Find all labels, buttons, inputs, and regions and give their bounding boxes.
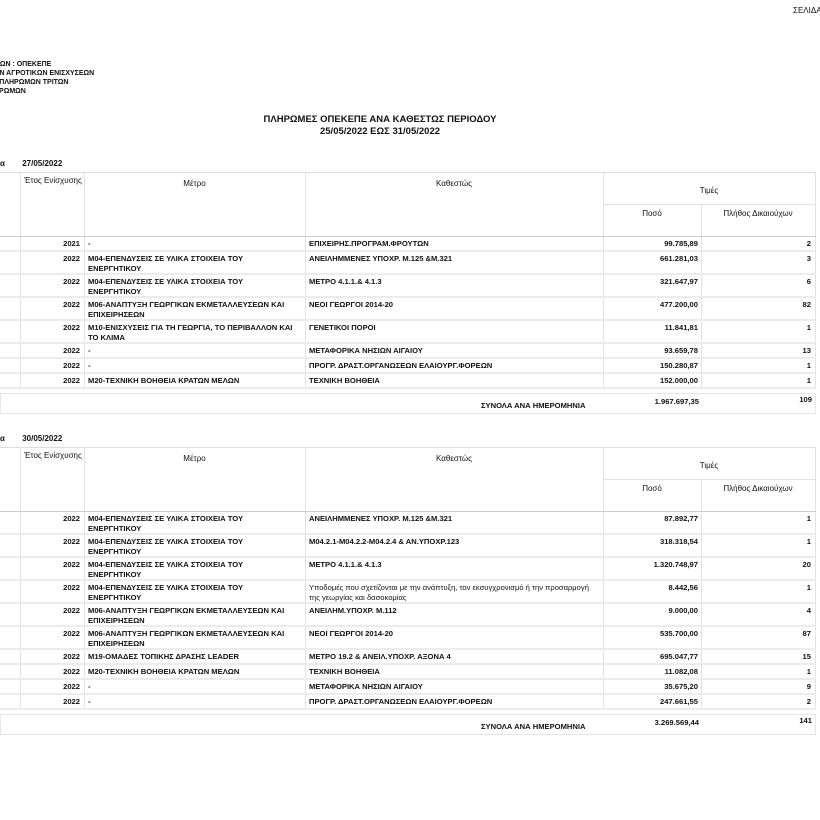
cell-measure: M04-ΕΠΕΝΔΥΣΕΙΣ ΣΕ ΥΛΙΚΑ ΣΤΟΙΧΕΙΑ ΤΟΥ ΕΝΕ… — [88, 537, 298, 557]
cell-count: 1 — [704, 376, 811, 386]
column-divider — [701, 627, 702, 648]
column-divider — [84, 275, 85, 296]
column-divider — [305, 665, 306, 678]
column-divider — [305, 680, 306, 693]
column-divider — [603, 665, 604, 678]
column-divider — [84, 321, 85, 342]
table-row: 2022M04-ΕΠΕΝΔΥΣΕΙΣ ΣΕ ΥΛΙΚΑ ΣΤΟΙΧΕΙΑ ΤΟΥ… — [0, 252, 816, 275]
cell-status: Υποδομές που σχετίζονται με την ανάπτυξη… — [309, 583, 601, 603]
column-divider — [305, 581, 306, 602]
column-header-year: Έτος Ενίσχυσης — [22, 451, 84, 460]
org-line: ΗΡΩΜΩΝ — [0, 87, 94, 96]
column-divider — [815, 344, 816, 357]
cell-amount: 321.647,97 — [605, 277, 698, 287]
column-divider — [815, 627, 816, 648]
column-divider — [815, 298, 816, 319]
column-divider — [701, 275, 702, 296]
cell-amount: 477.200,00 — [605, 300, 698, 310]
cell-count: 3 — [704, 254, 811, 264]
column-divider — [305, 535, 306, 556]
totals-label: ΣΥΝΟΛΑ ΑΝΑ ΗΜΕΡΟΜΗΝΙΑ — [481, 401, 585, 410]
totals-count: 109 — [705, 395, 812, 404]
cell-year: 2022 — [22, 606, 80, 616]
table-row: 2022M04-ΕΠΕΝΔΥΣΕΙΣ ΣΕ ΥΛΙΚΑ ΣΤΟΙΧΕΙΑ ΤΟΥ… — [0, 581, 816, 604]
cell-count: 1 — [704, 537, 811, 547]
column-divider — [603, 627, 604, 648]
table-row: 2022M04-ΕΠΕΝΔΥΣΕΙΣ ΣΕ ΥΛΙΚΑ ΣΤΟΙΧΕΙΑ ΤΟΥ… — [0, 275, 816, 298]
column-divider — [815, 558, 816, 579]
totals-count: 141 — [705, 716, 812, 725]
page-label: ΣΕΛΙΔΑ — [793, 6, 820, 15]
column-divider — [20, 650, 21, 663]
column-divider — [84, 650, 85, 663]
totals-amount: 3.269.569,44 — [606, 718, 699, 727]
cell-amount: 152.000,00 — [605, 376, 698, 386]
cell-count: 15 — [704, 652, 811, 662]
cell-year: 2022 — [22, 682, 80, 692]
org-line: ΟΝ ΑΓΡΟΤΙΚΩΝ ΕΝΙΣΧΥΣΕΩΝ — [0, 69, 94, 78]
cell-measure: - — [88, 697, 298, 707]
column-divider — [701, 252, 702, 273]
table-row: 2022M04-ΕΠΕΝΔΥΣΕΙΣ ΣΕ ΥΛΙΚΑ ΣΤΟΙΧΕΙΑ ΤΟΥ… — [0, 558, 816, 581]
cell-year: 2022 — [22, 537, 80, 547]
cell-measure: M04-ΕΠΕΝΔΥΣΕΙΣ ΣΕ ΥΛΙΚΑ ΣΤΟΙΧΕΙΑ ΤΟΥ ΕΝΕ… — [88, 583, 298, 603]
cell-status: ΑΝΕΙΛΗΜ.ΥΠΟΧΡ. Μ.112 — [309, 606, 601, 616]
cell-measure: M10-ΕΝΙΣΧΥΣΕΙΣ ΓΙΑ ΤΗ ΓΕΩΡΓΙΑ, ΤΟ ΠΕΡΙΒΑ… — [88, 323, 298, 343]
column-divider — [701, 581, 702, 602]
cell-measure: - — [88, 346, 298, 356]
cell-count: 13 — [704, 346, 811, 356]
date-totals-row: ΣΥΝΟΛΑ ΑΝΑ ΗΜΕΡΟΜΗΝΙΑ1.967.697,35109 — [0, 393, 816, 414]
column-divider — [84, 298, 85, 319]
cell-amount: 661.281,03 — [605, 254, 698, 264]
cell-status: ΕΠΙΧΕΙΡΗΣ.ΠΡΟΓΡΑΜ.ΦΡΟΥΤΩΝ — [309, 239, 601, 249]
cell-status: ΜΕΤΡΟ 4.1.1.& 4.1.3 — [309, 560, 601, 570]
cell-year: 2022 — [22, 583, 80, 593]
cell-count: 2 — [704, 239, 811, 249]
cell-count: 1 — [704, 583, 811, 593]
cell-status: ΠΡΟΓΡ. ΔΡΑΣΤ.ΟΡΓΑΝΩΣΕΩΝ ΕΛΑΙΟΥΡΓ.ΦΟΡΕΩΝ — [309, 361, 601, 371]
cell-amount: 9.000,00 — [605, 606, 698, 616]
cell-count: 1 — [704, 361, 811, 371]
column-divider — [603, 535, 604, 556]
cell-amount: 247.661,55 — [605, 697, 698, 707]
cell-status: ΓΕΝΕΤΙΚΟΙ ΠΟΡΟΙ — [309, 323, 601, 333]
column-divider — [84, 695, 85, 708]
column-divider — [84, 558, 85, 579]
cell-measure: M06-ΑΝΑΠΤΥΞΗ ΓΕΩΡΓΙΚΩΝ ΕΚΜΕΤΑΛΛΕΥΣΕΩΝ ΚΑ… — [88, 606, 298, 626]
column-divider — [84, 237, 85, 250]
column-divider — [815, 173, 816, 236]
column-divider — [603, 344, 604, 357]
cell-count: 2 — [704, 697, 811, 707]
column-divider — [84, 535, 85, 556]
column-divider — [305, 252, 306, 273]
cell-amount: 535.700,00 — [605, 629, 698, 639]
column-divider — [701, 680, 702, 693]
column-divider — [701, 604, 702, 625]
column-divider — [305, 344, 306, 357]
column-header-status: Καθεστώς — [305, 179, 603, 188]
column-divider — [815, 321, 816, 342]
cell-count: 1 — [704, 667, 811, 677]
column-divider — [701, 558, 702, 579]
column-divider — [603, 275, 604, 296]
column-divider — [701, 650, 702, 663]
column-divider — [20, 448, 21, 511]
cell-measure: M04-ΕΠΕΝΔΥΣΕΙΣ ΣΕ ΥΛΙΚΑ ΣΤΟΙΧΕΙΑ ΤΟΥ ΕΝΕ… — [88, 514, 298, 534]
cell-status: ΑΝΕΙΛΗΜΜΕΝΕΣ ΥΠΟΧΡ. Μ.125 &Μ.321 — [309, 254, 601, 264]
cell-measure: M19-ΟΜΑΔΕΣ ΤΟΠΙΚΗΣ ΔΡΑΣΗΣ LEADER — [88, 652, 298, 662]
column-divider — [815, 374, 816, 387]
cell-status: ΜΕΤΡΟ 19.2 & ΑΝΕΙΛ.ΥΠΟΧΡ. ΑΞΟΝΑ 4 — [309, 652, 601, 662]
column-divider — [84, 680, 85, 693]
column-divider — [84, 665, 85, 678]
column-divider — [20, 512, 21, 533]
cell-count: 4 — [704, 606, 811, 616]
table-row: 2022M10-ΕΝΙΣΧΥΣΕΙΣ ΓΙΑ ΤΗ ΓΕΩΡΓΙΑ, ΤΟ ΠΕ… — [0, 321, 816, 344]
cell-year: 2022 — [22, 346, 80, 356]
cell-year: 2022 — [22, 667, 80, 677]
table-row: 2022M20-ΤΕΧΝΙΚΗ ΒΟΗΘΕΙΑ ΚΡΑΤΩΝ ΜΕΛΩΝΤΕΧΝ… — [0, 665, 816, 680]
column-divider — [305, 237, 306, 250]
cell-year: 2022 — [22, 652, 80, 662]
column-divider — [20, 665, 21, 678]
cell-amount: 150.280,87 — [605, 361, 698, 371]
column-divider — [603, 650, 604, 663]
column-divider — [84, 374, 85, 387]
column-divider — [84, 344, 85, 357]
column-divider — [603, 604, 604, 625]
column-divider — [815, 604, 816, 625]
column-divider — [20, 680, 21, 693]
cell-measure: - — [88, 361, 298, 371]
cell-status: ΤΕΧΝΙΚΗ ΒΟΗΘΕΙΑ — [309, 667, 601, 677]
section-date-label: α — [0, 159, 20, 168]
column-divider — [701, 344, 702, 357]
cell-amount: 695.047,77 — [605, 652, 698, 662]
column-divider — [815, 650, 816, 663]
column-header-values: Τιμές — [603, 461, 815, 470]
column-divider — [305, 374, 306, 387]
column-divider — [603, 581, 604, 602]
cell-measure: - — [88, 682, 298, 692]
column-divider — [603, 252, 604, 273]
table-row: 2022M06-ΑΝΑΠΤΥΞΗ ΓΕΩΡΓΙΚΩΝ ΕΚΜΕΤΑΛΛΕΥΣΕΩ… — [0, 298, 816, 321]
column-divider — [815, 665, 816, 678]
column-divider — [84, 581, 85, 602]
cell-amount: 8.442,56 — [605, 583, 698, 593]
section-date-value: 30/05/2022 — [22, 434, 62, 443]
cell-year: 2022 — [22, 277, 80, 287]
column-divider — [815, 695, 816, 708]
column-divider — [603, 359, 604, 372]
totals-amount: 1.967.697,35 — [606, 397, 699, 406]
column-divider — [701, 535, 702, 556]
organization-header: ΜΩΝ : ΟΠΕΚΕΠΕ ΟΝ ΑΓΡΟΤΙΚΩΝ ΕΝΙΣΧΥΣΕΩΝ Ί … — [0, 60, 94, 96]
cell-amount: 11.082,08 — [605, 667, 698, 677]
cell-amount: 99.785,89 — [605, 239, 698, 249]
table-header: Έτος ΕνίσχυσηςΜέτροΚαθεστώςΤιμέςΠοσόΠλήθ… — [0, 172, 816, 237]
column-divider — [84, 604, 85, 625]
cell-amount: 87.892,77 — [605, 514, 698, 524]
column-divider — [701, 359, 702, 372]
column-divider — [305, 604, 306, 625]
cell-status: ΜΕΤΑΦΟΡΙΚΑ ΝΗΣΙΩΝ ΑΙΓΑΙΟΥ — [309, 346, 601, 356]
cell-year: 2021 — [22, 239, 80, 249]
section-date-value: 27/05/2022 — [22, 159, 62, 168]
org-line: Ί ΠΛΗΡΩΜΩΝ ΤΡΙΤΩΝ — [0, 78, 94, 87]
cell-status: ΝΕΟΙ ΓΕΩΡΓΟΙ 2014-20 — [309, 629, 601, 639]
column-divider — [305, 627, 306, 648]
column-divider — [603, 695, 604, 708]
column-divider — [20, 173, 21, 236]
column-divider — [815, 252, 816, 273]
column-divider — [20, 275, 21, 296]
table-header: Έτος ΕνίσχυσηςΜέτροΚαθεστώςΤιμέςΠοσόΠλήθ… — [0, 447, 816, 512]
column-divider — [701, 298, 702, 319]
column-divider — [20, 558, 21, 579]
cell-amount: 1.320.748,97 — [605, 560, 698, 570]
column-divider — [305, 359, 306, 372]
cell-measure: M04-ΕΠΕΝΔΥΣΕΙΣ ΣΕ ΥΛΙΚΑ ΣΤΟΙΧΕΙΑ ΤΟΥ ΕΝΕ… — [88, 254, 298, 274]
column-divider — [305, 512, 306, 533]
section-date: α 27/05/2022 — [0, 159, 62, 168]
table-row: 2022M19-ΟΜΑΔΕΣ ΤΟΠΙΚΗΣ ΔΡΑΣΗΣ LEADERΜΕΤΡ… — [0, 650, 816, 665]
column-divider — [701, 237, 702, 250]
section-date-label: α — [0, 434, 20, 443]
cell-count: 1 — [704, 323, 811, 333]
section-date: α 30/05/2022 — [0, 434, 62, 443]
column-divider — [603, 680, 604, 693]
column-divider — [305, 275, 306, 296]
cell-year: 2022 — [22, 323, 80, 333]
cell-count: 1 — [704, 514, 811, 524]
column-divider — [20, 581, 21, 602]
cell-year: 2022 — [22, 514, 80, 524]
table-row: 2022M04-ΕΠΕΝΔΥΣΕΙΣ ΣΕ ΥΛΙΚΑ ΣΤΟΙΧΕΙΑ ΤΟΥ… — [0, 535, 816, 558]
cell-status: Μ04.2.1-Μ04.2.2-Μ04.2.4 & ΑΝ.ΥΠΟΧΡ.123 — [309, 537, 601, 547]
cell-measure: M06-ΑΝΑΠΤΥΞΗ ΓΕΩΡΓΙΚΩΝ ΕΚΜΕΤΑΛΛΕΥΣΕΩΝ ΚΑ… — [88, 629, 298, 649]
column-divider — [20, 359, 21, 372]
column-divider — [815, 237, 816, 250]
table-row: 2022-ΜΕΤΑΦΟΡΙΚΑ ΝΗΣΙΩΝ ΑΙΓΑΙΟΥ93.659,781… — [0, 344, 816, 359]
column-divider — [815, 512, 816, 533]
cell-amount: 318.318,54 — [605, 537, 698, 547]
column-divider — [603, 298, 604, 319]
table-row: 2022-ΠΡΟΓΡ. ΔΡΑΣΤ.ΟΡΓΑΝΩΣΕΩΝ ΕΛΑΙΟΥΡΓ.ΦΟ… — [0, 359, 816, 374]
column-divider — [701, 374, 702, 387]
column-divider — [815, 275, 816, 296]
cell-year: 2022 — [22, 560, 80, 570]
cell-count: 20 — [704, 560, 811, 570]
column-divider — [20, 252, 21, 273]
table-row: 2021-ΕΠΙΧΕΙΡΗΣ.ΠΡΟΓΡΑΜ.ΦΡΟΥΤΩΝ99.785,892 — [0, 237, 816, 252]
cell-amount: 35.675,20 — [605, 682, 698, 692]
cell-measure: M06-ΑΝΑΠΤΥΞΗ ΓΕΩΡΓΙΚΩΝ ΕΚΜΕΤΑΛΛΕΥΣΕΩΝ ΚΑ… — [88, 300, 298, 320]
cell-year: 2022 — [22, 629, 80, 639]
table-row: 2022M04-ΕΠΕΝΔΥΣΕΙΣ ΣΕ ΥΛΙΚΑ ΣΤΟΙΧΕΙΑ ΤΟΥ… — [0, 512, 816, 535]
column-divider — [20, 237, 21, 250]
column-divider — [701, 512, 702, 533]
column-divider — [305, 321, 306, 342]
cell-count: 87 — [704, 629, 811, 639]
cell-year: 2022 — [22, 300, 80, 310]
column-header-measure: Μέτρο — [84, 179, 305, 188]
report-title: ΠΛΗΡΩΜΕΣ ΟΠΕΚΕΠΕ ΑΝΑ ΚΑΘΕΣΤΩΣ ΠΕΡΙΟΔΟΥ 2… — [0, 114, 760, 138]
column-divider — [603, 321, 604, 342]
header-divider — [603, 479, 815, 480]
date-totals-row: ΣΥΝΟΛΑ ΑΝΑ ΗΜΕΡΟΜΗΝΙΑ3.269.569,44141 — [0, 714, 816, 735]
table-row: 2022M06-ΑΝΑΠΤΥΞΗ ΓΕΩΡΓΙΚΩΝ ΕΚΜΕΤΑΛΛΕΥΣΕΩ… — [0, 604, 816, 627]
column-divider — [305, 650, 306, 663]
column-header-year: Έτος Ενίσχυσης — [22, 176, 84, 185]
cell-count: 6 — [704, 277, 811, 287]
column-divider — [20, 535, 21, 556]
cell-status: ΜΕΤΑΦΟΡΙΚΑ ΝΗΣΙΩΝ ΑΙΓΑΙΟΥ — [309, 682, 601, 692]
column-divider — [20, 298, 21, 319]
column-divider — [815, 359, 816, 372]
cell-count: 82 — [704, 300, 811, 310]
cell-year: 2022 — [22, 361, 80, 371]
table-row: 2022M06-ΑΝΑΠΤΥΞΗ ΓΕΩΡΓΙΚΩΝ ΕΚΜΕΤΑΛΛΕΥΣΕΩ… — [0, 627, 816, 650]
column-divider — [20, 604, 21, 625]
payments-table: Έτος ΕνίσχυσηςΜέτροΚαθεστώςΤιμέςΠοσόΠλήθ… — [0, 447, 816, 735]
column-divider — [305, 695, 306, 708]
column-divider — [305, 558, 306, 579]
column-header-amount: Ποσό — [603, 209, 701, 218]
column-header-status: Καθεστώς — [305, 454, 603, 463]
cell-year: 2022 — [22, 697, 80, 707]
cell-measure: M20-ΤΕΧΝΙΚΗ ΒΟΗΘΕΙΑ ΚΡΑΤΩΝ ΜΕΛΩΝ — [88, 376, 298, 386]
cell-year: 2022 — [22, 376, 80, 386]
column-header-count: Πλήθος Δικαιούχων — [701, 484, 815, 493]
column-divider — [815, 448, 816, 511]
cell-status: ΝΕΟΙ ΓΕΩΡΓΟΙ 2014-20 — [309, 300, 601, 310]
column-divider — [603, 512, 604, 533]
cell-count: 9 — [704, 682, 811, 692]
org-line: ΜΩΝ : ΟΠΕΚΕΠΕ — [0, 60, 94, 69]
column-divider — [84, 359, 85, 372]
cell-measure: - — [88, 239, 298, 249]
column-divider — [603, 374, 604, 387]
cell-year: 2022 — [22, 254, 80, 264]
column-divider — [701, 665, 702, 678]
table-row: 2022-ΠΡΟΓΡ. ΔΡΑΣΤ.ΟΡΓΑΝΩΣΕΩΝ ΕΛΑΙΟΥΡΓ.ΦΟ… — [0, 695, 816, 710]
column-divider — [603, 237, 604, 250]
column-divider — [701, 321, 702, 342]
column-divider — [20, 321, 21, 342]
column-divider — [20, 344, 21, 357]
header-divider — [603, 204, 815, 205]
column-divider — [815, 680, 816, 693]
cell-status: ΜΕΤΡΟ 4.1.1.& 4.1.3 — [309, 277, 601, 287]
cell-amount: 93.659,78 — [605, 346, 698, 356]
column-divider — [815, 535, 816, 556]
table-row: 2022M20-ΤΕΧΝΙΚΗ ΒΟΗΘΕΙΑ ΚΡΑΤΩΝ ΜΕΛΩΝΤΕΧΝ… — [0, 374, 816, 389]
column-header-measure: Μέτρο — [84, 454, 305, 463]
cell-amount: 11.841,81 — [605, 323, 698, 333]
column-divider — [20, 695, 21, 708]
report-period: 25/05/2022 ΕΩΣ 31/05/2022 — [0, 126, 760, 138]
column-divider — [20, 374, 21, 387]
column-header-amount: Ποσό — [603, 484, 701, 493]
column-divider — [305, 298, 306, 319]
table-row: 2022-ΜΕΤΑΦΟΡΙΚΑ ΝΗΣΙΩΝ ΑΙΓΑΙΟΥ35.675,209 — [0, 680, 816, 695]
cell-measure: M04-ΕΠΕΝΔΥΣΕΙΣ ΣΕ ΥΛΙΚΑ ΣΤΟΙΧΕΙΑ ΤΟΥ ΕΝΕ… — [88, 277, 298, 297]
column-divider — [603, 558, 604, 579]
column-divider — [701, 695, 702, 708]
cell-measure: M04-ΕΠΕΝΔΥΣΕΙΣ ΣΕ ΥΛΙΚΑ ΣΤΟΙΧΕΙΑ ΤΟΥ ΕΝΕ… — [88, 560, 298, 580]
report-title-text: ΠΛΗΡΩΜΕΣ ΟΠΕΚΕΠΕ ΑΝΑ ΚΑΘΕΣΤΩΣ ΠΕΡΙΟΔΟΥ — [0, 114, 760, 126]
column-header-count: Πλήθος Δικαιούχων — [701, 209, 815, 218]
column-header-values: Τιμές — [603, 186, 815, 195]
column-divider — [84, 627, 85, 648]
cell-status: ΤΕΧΝΙΚΗ ΒΟΗΘΕΙΑ — [309, 376, 601, 386]
column-divider — [815, 581, 816, 602]
column-divider — [84, 512, 85, 533]
cell-status: ΠΡΟΓΡ. ΔΡΑΣΤ.ΟΡΓΑΝΩΣΕΩΝ ΕΛΑΙΟΥΡΓ.ΦΟΡΕΩΝ — [309, 697, 601, 707]
column-divider — [20, 627, 21, 648]
totals-label: ΣΥΝΟΛΑ ΑΝΑ ΗΜΕΡΟΜΗΝΙΑ — [481, 722, 585, 731]
cell-status: ΑΝΕΙΛΗΜΜΕΝΕΣ ΥΠΟΧΡ. Μ.125 &Μ.321 — [309, 514, 601, 524]
column-divider — [84, 252, 85, 273]
payments-table: Έτος ΕνίσχυσηςΜέτροΚαθεστώςΤιμέςΠοσόΠλήθ… — [0, 172, 816, 414]
cell-measure: M20-ΤΕΧΝΙΚΗ ΒΟΗΘΕΙΑ ΚΡΑΤΩΝ ΜΕΛΩΝ — [88, 667, 298, 677]
